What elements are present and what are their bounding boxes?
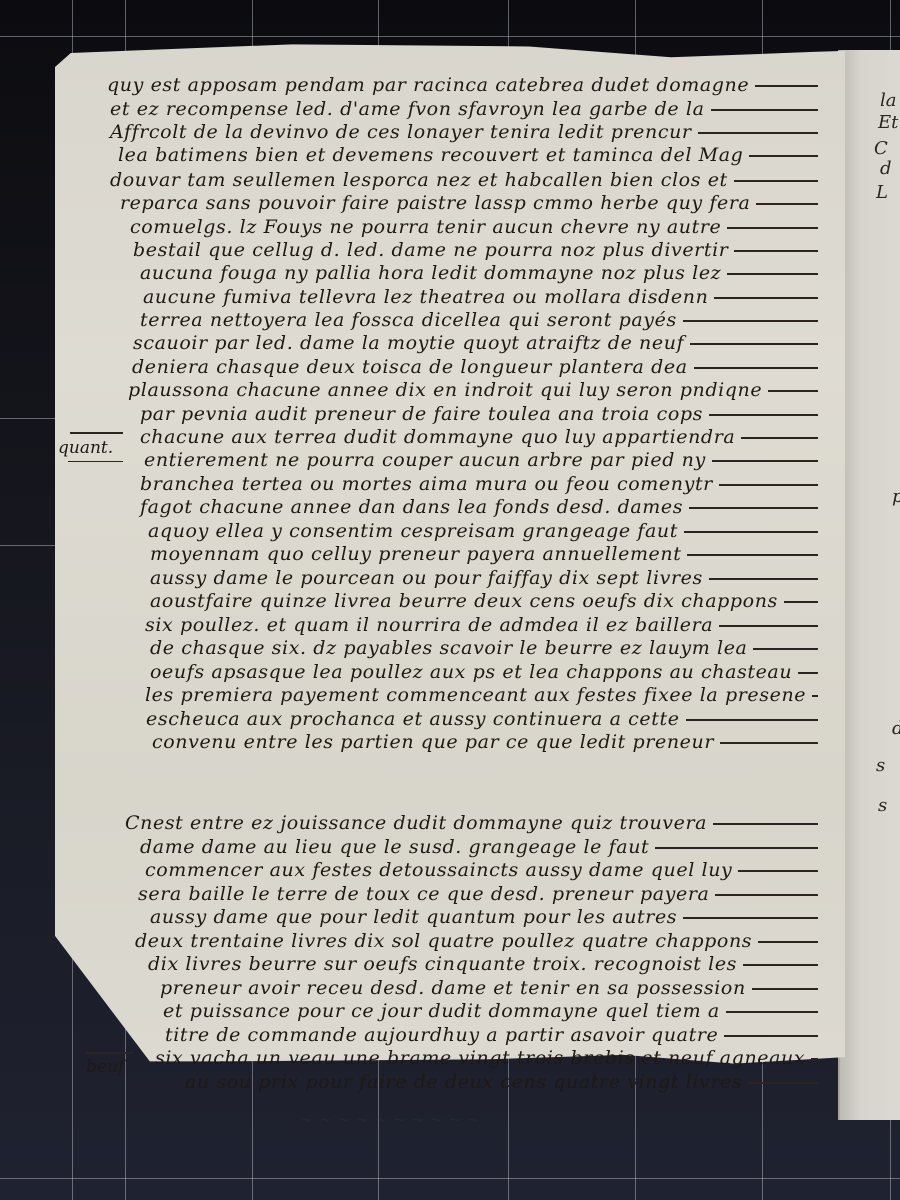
line-filler-stroke bbox=[753, 648, 818, 650]
line-filler-stroke bbox=[712, 460, 818, 462]
manuscript-line-text: aucune fumiva tellevra lez theatrea ou m… bbox=[143, 286, 708, 308]
manuscript-line-text: dix livres beurre sur oeufs cinquante tr… bbox=[148, 953, 737, 975]
manuscript-line: douvar tam seullemen lesporca nez et hab… bbox=[110, 169, 818, 191]
manuscript-line: lea batimens bien et devemens recouvert … bbox=[118, 144, 818, 166]
manuscript-line: deniera chasque deux toisca de longueur … bbox=[132, 356, 818, 378]
line-filler-stroke bbox=[724, 1035, 818, 1037]
margin-rule bbox=[70, 432, 123, 434]
manuscript-line-text: aucuna fouga ny pallia hora ledit dommay… bbox=[140, 262, 721, 284]
line-filler-stroke bbox=[798, 672, 818, 674]
manuscript-line-text: deniera chasque deux toisca de longueur … bbox=[132, 356, 688, 378]
line-filler-stroke bbox=[709, 414, 818, 416]
manuscript-line: convenu entre les partien que par ce que… bbox=[152, 731, 818, 753]
manuscript-line: plaussona chacune annee dix en indroit q… bbox=[128, 379, 818, 401]
manuscript-line-text: commencer aux festes detoussaincts aussy… bbox=[145, 859, 732, 881]
manuscript-line-text: convenu entre les partien que par ce que… bbox=[152, 731, 714, 753]
manuscript-line-text: au sou prix pour faire de deux cens quat… bbox=[185, 1071, 742, 1093]
manuscript-line-text: plaussona chacune annee dix en indroit q… bbox=[128, 379, 762, 401]
adjacent-page-mark: s bbox=[878, 795, 887, 816]
manuscript-line-text: six vacha un veau une brame vingt trois … bbox=[155, 1047, 805, 1069]
line-filler-stroke bbox=[719, 625, 818, 627]
manuscript-line-text: quy est apposam pendam par racinca cateb… bbox=[107, 74, 749, 96]
manuscript-line-text: escheuca aux prochanca et aussy continue… bbox=[146, 708, 680, 730]
adjacent-page-mark: Et bbox=[878, 112, 898, 133]
line-filler-stroke bbox=[690, 343, 818, 345]
line-filler-stroke bbox=[727, 227, 818, 229]
adjacent-page-mark: la bbox=[880, 90, 897, 111]
line-filler-stroke bbox=[734, 250, 818, 252]
manuscript-line: reparca sans pouvoir faire paistre lassp… bbox=[120, 192, 818, 214]
manuscript-line: oeufs apsasque lea poullez aux ps et lea… bbox=[150, 661, 818, 683]
manuscript-line: branchea tertea ou mortes aima mura ou f… bbox=[140, 473, 818, 495]
manuscript-line: titre de commande aujourdhuy a partir as… bbox=[165, 1024, 818, 1046]
manuscript-line-text: dame dame au lieu que le susd. grangeage… bbox=[140, 836, 649, 858]
line-filler-stroke bbox=[768, 390, 818, 392]
manuscript-line: aoustfaire quinze livrea beurre deux cen… bbox=[150, 590, 818, 612]
line-filler-stroke bbox=[694, 367, 818, 369]
adjacent-page-mark: d bbox=[880, 158, 892, 179]
line-filler-stroke bbox=[748, 1082, 818, 1084]
manuscript-line-text: fagot chacune annee dan dans lea fonds d… bbox=[140, 496, 683, 518]
manuscript-line-text: Affrcolt de la devinvo de ces lonayer te… bbox=[110, 121, 692, 143]
manuscript-line: dix livres beurre sur oeufs cinquante tr… bbox=[148, 953, 818, 975]
manuscript-line: moyennam quo celluy preneur payera annue… bbox=[150, 543, 818, 565]
manuscript-line: sera baille le terre de toux ce que desd… bbox=[138, 883, 818, 905]
line-filler-stroke bbox=[689, 507, 818, 509]
manuscript-line: deux trentaine livres dix sol quatre pou… bbox=[135, 930, 818, 952]
manuscript-line: aucune fumiva tellevra lez theatrea ou m… bbox=[143, 286, 818, 308]
manuscript-line: par pevnia audit preneur de faire toulea… bbox=[140, 403, 818, 425]
line-filler-stroke bbox=[738, 870, 818, 872]
manuscript-line: six poullez. et quam il nourrira de admd… bbox=[145, 614, 818, 636]
manuscript-line: scauoir par led. dame la moytie quoyt at… bbox=[133, 332, 818, 354]
manuscript-line-text: preneur avoir receu desd. dame et tenir … bbox=[160, 977, 746, 999]
adjacent-page-mark: L bbox=[876, 182, 888, 203]
line-filler-stroke bbox=[719, 484, 818, 486]
line-filler-stroke bbox=[715, 894, 818, 896]
manuscript-line-text: six poullez. et quam il nourrira de admd… bbox=[145, 614, 713, 636]
manuscript-line: Cnest entre ez jouissance dudit dommayne… bbox=[125, 812, 818, 834]
manuscript-line-text: les premiera payement commenceant aux fe… bbox=[145, 684, 806, 706]
manuscript-line-text: entierement ne pourra couper aucun arbre… bbox=[144, 449, 706, 471]
manuscript-line-text: scauoir par led. dame la moytie quoyt at… bbox=[133, 332, 684, 354]
manuscript-line-text: aquoy ellea y consentim cespreisam grang… bbox=[148, 520, 678, 542]
manuscript-line: escheuca aux prochanca et aussy continue… bbox=[146, 708, 818, 730]
line-filler-stroke bbox=[734, 180, 818, 182]
margin-rule bbox=[86, 1052, 134, 1054]
manuscript-line: au sou prix pour faire de deux cens quat… bbox=[185, 1071, 818, 1093]
manuscript-line: aquoy ellea y consentim cespreisam grang… bbox=[148, 520, 818, 542]
manuscript-line-text: branchea tertea ou mortes aima mura ou f… bbox=[140, 473, 713, 495]
margin-rule bbox=[68, 461, 123, 463]
manuscript-line-text: deux trentaine livres dix sol quatre pou… bbox=[135, 930, 752, 952]
manuscript-line: dame dame au lieu que le susd. grangeage… bbox=[140, 836, 818, 858]
manuscript-line: Affrcolt de la devinvo de ces lonayer te… bbox=[110, 121, 818, 143]
manuscript-line: preneur avoir receu desd. dame et tenir … bbox=[160, 977, 818, 999]
manuscript-line-text: sera baille le terre de toux ce que desd… bbox=[138, 883, 709, 905]
margin-note-text: beuf bbox=[86, 1057, 124, 1077]
line-filler-stroke bbox=[683, 917, 818, 919]
manuscript-line: entierement ne pourra couper aucun arbre… bbox=[144, 449, 818, 471]
line-filler-stroke bbox=[684, 531, 818, 533]
line-filler-stroke bbox=[756, 203, 818, 205]
line-filler-stroke bbox=[726, 1011, 818, 1013]
mat-grid-line bbox=[0, 418, 55, 419]
line-filler-stroke bbox=[720, 742, 818, 744]
line-filler-stroke bbox=[686, 719, 818, 721]
manuscript-line: quy est apposam pendam par racinca cateb… bbox=[107, 74, 818, 96]
line-filler-stroke bbox=[743, 964, 818, 966]
manuscript-line: et puissance pour ce jour dudit dommayne… bbox=[163, 1000, 818, 1022]
manuscript-line: aussy dame le pourcean ou pour faiffay d… bbox=[150, 567, 818, 589]
line-filler-stroke bbox=[714, 297, 818, 299]
manuscript-line-text: par pevnia audit preneur de faire toulea… bbox=[140, 403, 703, 425]
line-filler-stroke bbox=[655, 847, 818, 849]
manuscript-line: de chasque six. dz payables scavoir le b… bbox=[150, 637, 818, 659]
mat-grid-line bbox=[0, 36, 900, 37]
manuscript-line-text: de chasque six. dz payables scavoir le b… bbox=[150, 637, 747, 659]
manuscript-line: et ez recompense led. d'ame fvon sfavroy… bbox=[110, 98, 818, 120]
adjacent-page-mark: p bbox=[892, 486, 900, 507]
manuscript-line-text: reparca sans pouvoir faire paistre lassp… bbox=[120, 192, 750, 214]
manuscript-line: aucuna fouga ny pallia hora ledit dommay… bbox=[140, 262, 818, 284]
manuscript-line-text: bestail que cellug d. led. dame ne pourr… bbox=[133, 239, 728, 261]
adjacent-page-mark: C bbox=[874, 138, 888, 159]
line-filler-stroke bbox=[683, 320, 818, 322]
line-filler-stroke bbox=[752, 988, 818, 990]
margin-note-text: quant. bbox=[58, 438, 113, 458]
line-filler-stroke bbox=[687, 554, 818, 556]
line-filler-stroke bbox=[749, 155, 818, 157]
line-filler-stroke bbox=[709, 578, 818, 580]
manuscript-line: fagot chacune annee dan dans lea fonds d… bbox=[140, 496, 818, 518]
manuscript-line: comuelgs. lz Fouys ne pourra tenir aucun… bbox=[130, 216, 818, 238]
manuscript-line-text: aussy dame le pourcean ou pour faiffay d… bbox=[150, 567, 703, 589]
line-filler-stroke bbox=[812, 695, 818, 697]
manuscript-line-text: moyennam quo celluy preneur payera annue… bbox=[150, 543, 681, 565]
manuscript-line-text: terrea nettoyera lea fossca dicellea qui… bbox=[140, 309, 677, 331]
manuscript-line-text: aussy dame que pour ledit quantum pour l… bbox=[150, 906, 677, 928]
line-filler-stroke bbox=[698, 132, 818, 134]
mat-grid-line bbox=[0, 1178, 900, 1179]
manuscript-line: bestail que cellug d. led. dame ne pourr… bbox=[133, 239, 818, 261]
adjacent-page-mark: d bbox=[892, 718, 900, 739]
line-filler-stroke bbox=[758, 941, 818, 943]
line-filler-stroke bbox=[711, 109, 818, 111]
manuscript-line-text: douvar tam seullemen lesporca nez et hab… bbox=[110, 169, 728, 191]
manuscript-line-text: et puissance pour ce jour dudit dommayne… bbox=[163, 1000, 720, 1022]
manuscript-line: terrea nettoyera lea fossca dicellea qui… bbox=[140, 309, 818, 331]
manuscript-line-text: titre de commande aujourdhuy a partir as… bbox=[165, 1024, 718, 1046]
mat-grid-line bbox=[0, 545, 55, 546]
line-filler-stroke bbox=[755, 85, 818, 87]
line-filler-stroke bbox=[727, 273, 818, 275]
manuscript-line-text: comuelgs. lz Fouys ne pourra tenir aucun… bbox=[130, 216, 721, 238]
manuscript-line: les premiera payement commenceant aux fe… bbox=[145, 684, 818, 706]
adjacent-page-mark: s bbox=[876, 755, 885, 776]
line-filler-stroke bbox=[713, 823, 818, 825]
manuscript-line: commencer aux festes detoussaincts aussy… bbox=[145, 859, 818, 881]
line-filler-stroke bbox=[784, 601, 818, 603]
manuscript-line: six vacha un veau une brame vingt trois … bbox=[155, 1047, 818, 1069]
margin-note: beuf bbox=[86, 1057, 124, 1077]
manuscript-line: chacune aux terrea dudit dommayne quo lu… bbox=[140, 426, 818, 448]
manuscript-line: aussy dame que pour ledit quantum pour l… bbox=[150, 906, 818, 928]
manuscript-line-text: lea batimens bien et devemens recouvert … bbox=[118, 144, 743, 166]
line-filler-stroke bbox=[741, 437, 818, 439]
line-filler-stroke bbox=[811, 1058, 818, 1060]
manuscript-line-text: chacune aux terrea dudit dommayne quo lu… bbox=[140, 426, 735, 448]
manuscript-line-text: Cnest entre ez jouissance dudit dommayne… bbox=[125, 812, 707, 834]
margin-note: quant. bbox=[58, 438, 113, 458]
manuscript-line-text: aoustfaire quinze livrea beurre deux cen… bbox=[150, 590, 778, 612]
manuscript-line-text: et ez recompense led. d'ame fvon sfavroy… bbox=[110, 98, 705, 120]
adjacent-page: la Et C d L p d s s bbox=[838, 50, 900, 1120]
bleed-through-writing: ~ ~ ~ ~ ~ ~ ~ ~ ~ ~ bbox=[300, 1110, 480, 1129]
manuscript-line-text: oeufs apsasque lea poullez aux ps et lea… bbox=[150, 661, 792, 683]
